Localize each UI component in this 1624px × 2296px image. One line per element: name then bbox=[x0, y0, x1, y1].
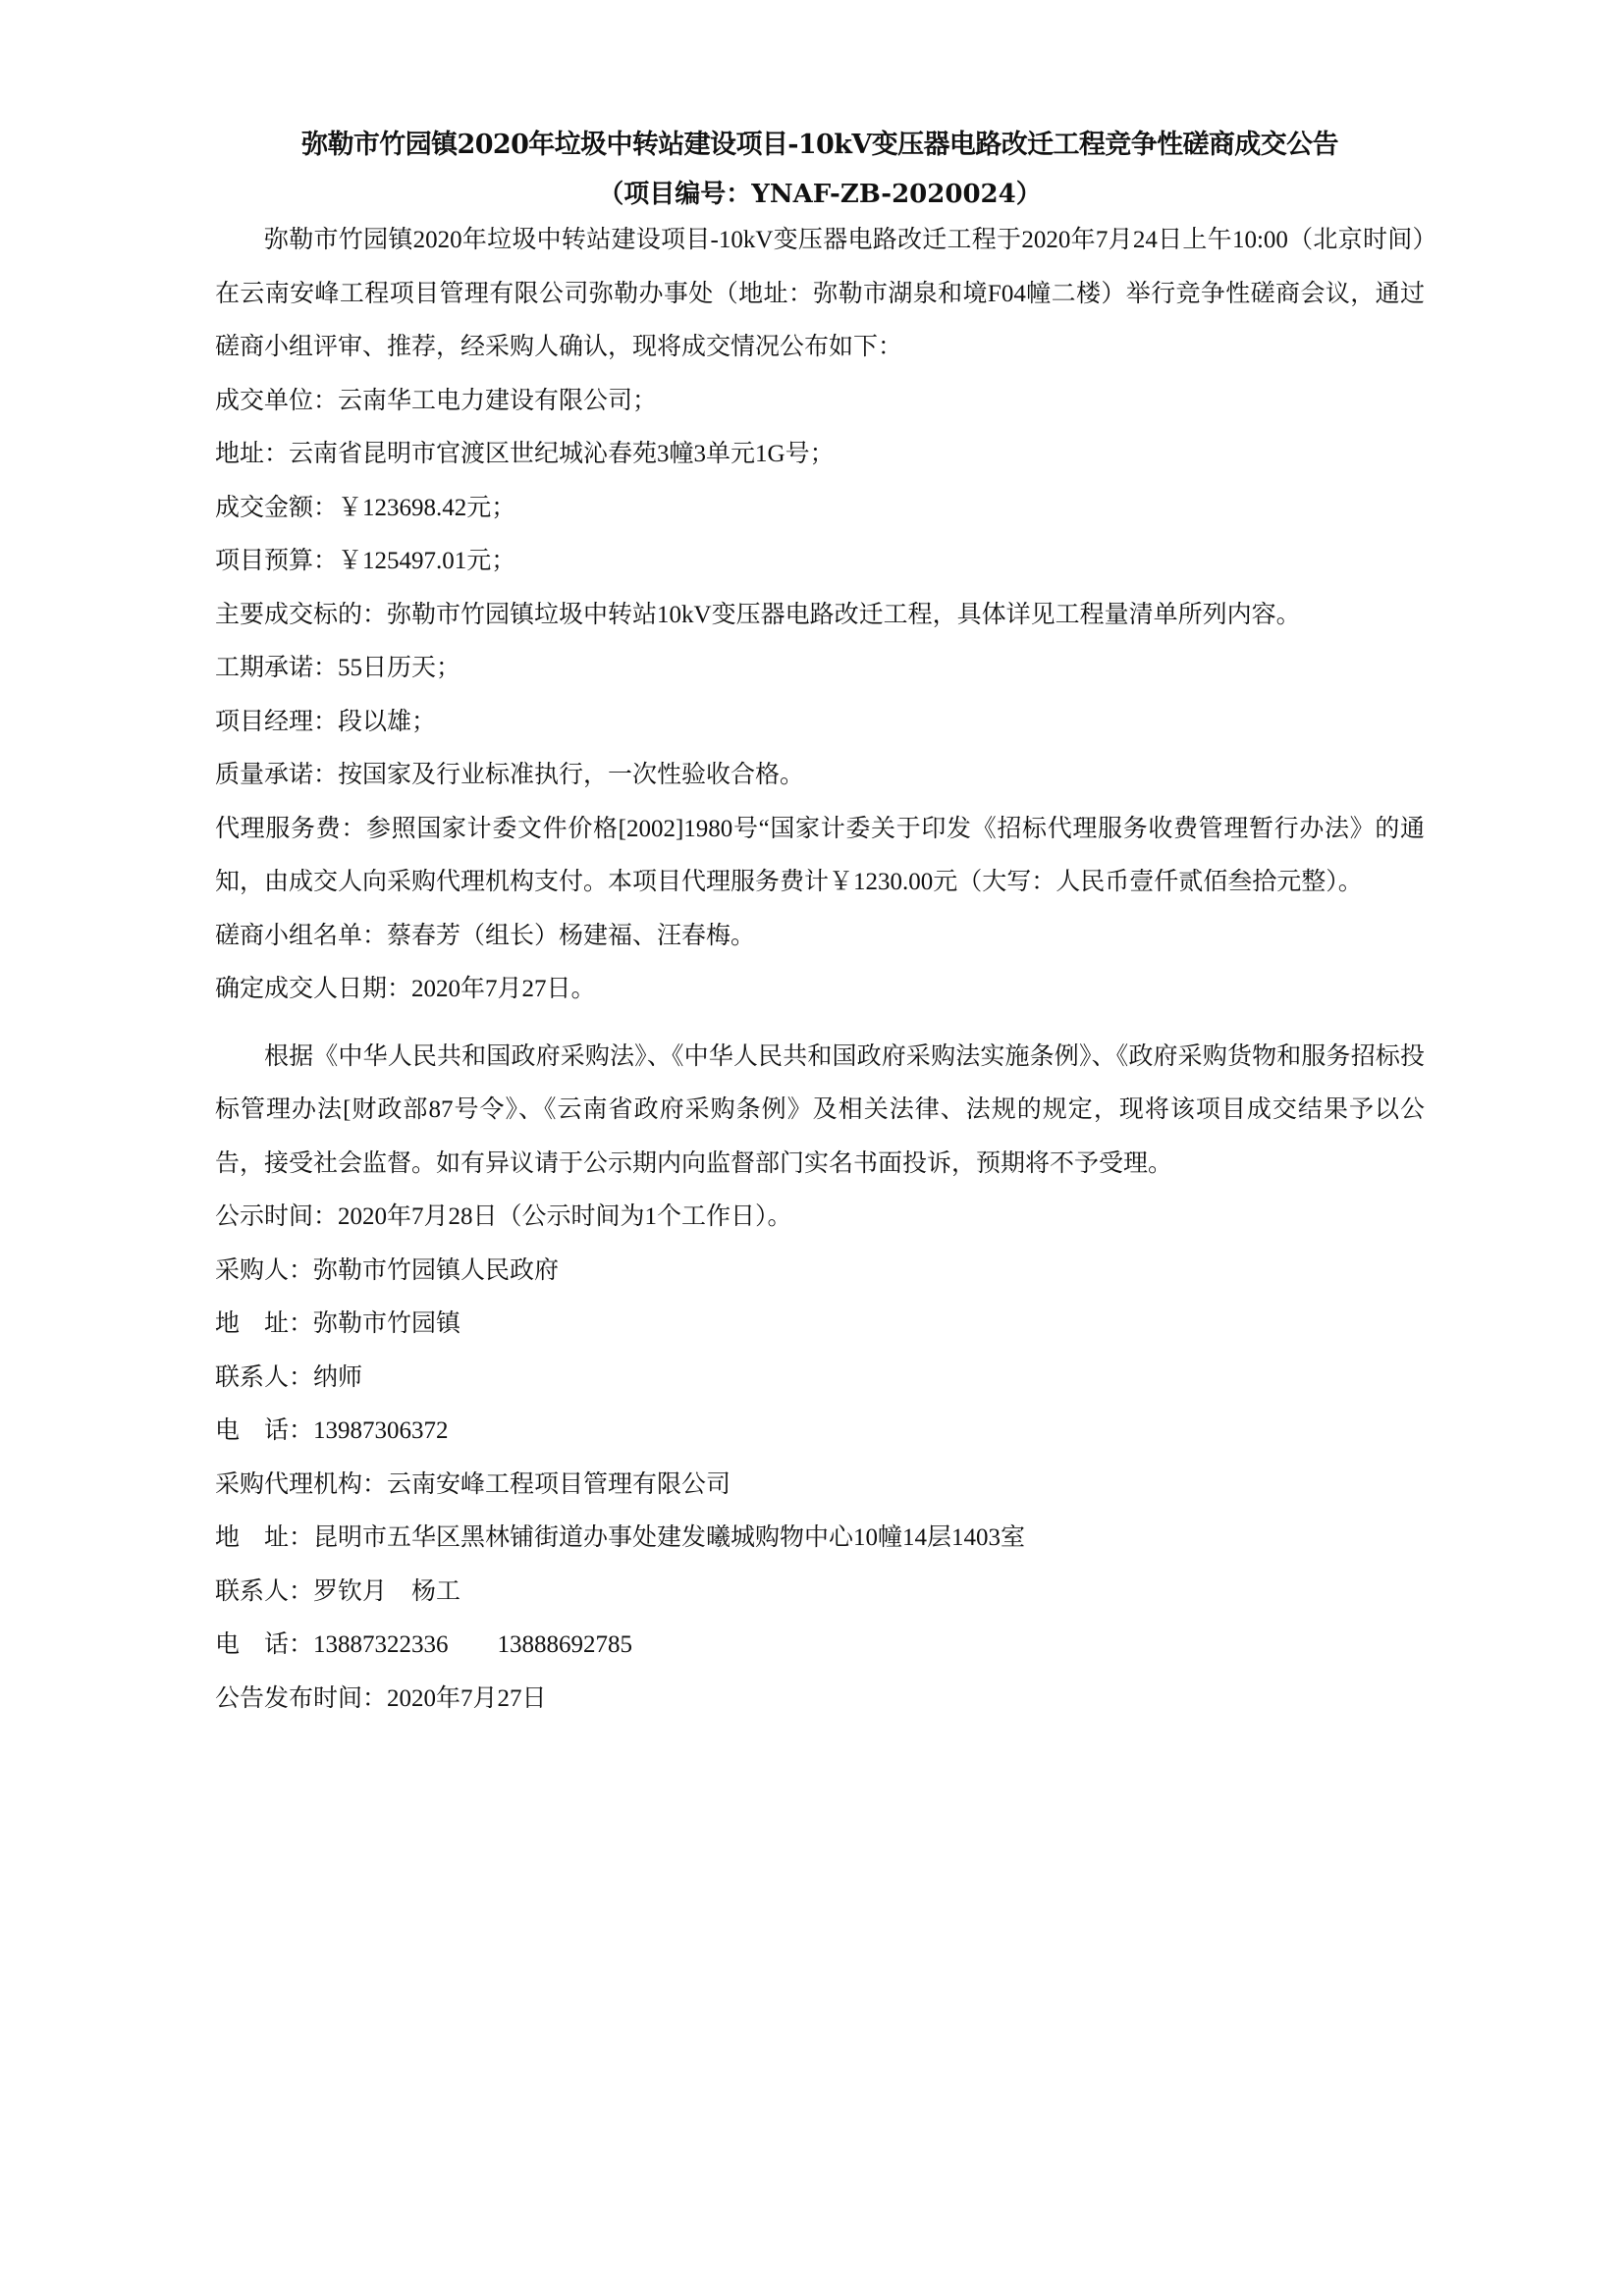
detail-label: 成交单位： bbox=[215, 388, 338, 414]
agency-phone-value: 13887322336 13888692785 bbox=[313, 1631, 632, 1658]
detail-value: 按国家及行业标准执行，一次性验收合格。 bbox=[338, 762, 804, 788]
agency-contact-label: 联系人： bbox=[215, 1578, 313, 1605]
detail-label: 成交金额： bbox=[215, 495, 338, 521]
detail-label: 地址： bbox=[215, 441, 289, 467]
detail-deal-amount: 成交金额：￥123698.42元； bbox=[215, 482, 1425, 536]
detail-value: 弥勒市竹园镇垃圾中转站10kV变压器电路改迁工程，具体详见工程量清单所列内容。 bbox=[387, 602, 1301, 628]
release-date: 公告发布时间：2020年7月27日 bbox=[215, 1673, 1425, 1727]
agency-address: 地 址：昆明市五华区黑林铺街道办事处建发曦城购物中心10幢14层1403室 bbox=[215, 1512, 1425, 1566]
deal-details: 成交单位：云南华工电力建设有限公司； 地址：云南省昆明市官渡区世纪城沁春苑3幢3… bbox=[215, 375, 1425, 1017]
detail-label: 项目预算： bbox=[215, 548, 338, 574]
agency-name-label: 采购代理机构： bbox=[215, 1471, 387, 1498]
purchaser-address: 地 址：弥勒市竹园镇 bbox=[215, 1298, 1425, 1352]
detail-value: 蔡春芳（组长）杨建福、汪春梅。 bbox=[387, 923, 755, 949]
purchaser-phone-value: 13987306372 bbox=[313, 1417, 449, 1444]
agency-contact: 联系人：罗钦月 杨工 bbox=[215, 1566, 1425, 1620]
agency-contact-value: 罗钦月 杨工 bbox=[313, 1578, 460, 1605]
detail-value: 段以雄； bbox=[338, 709, 436, 735]
detail-label: 主要成交标的： bbox=[215, 602, 387, 628]
agency-name: 采购代理机构：云南安峰工程项目管理有限公司 bbox=[215, 1459, 1425, 1513]
purchaser-contact: 联系人：纳师 bbox=[215, 1352, 1425, 1406]
detail-subject: 主要成交标的：弥勒市竹园镇垃圾中转站10kV变压器电路改迁工程，具体详见工程量清… bbox=[215, 589, 1425, 643]
publicity-label: 公示时间： bbox=[215, 1203, 338, 1230]
purchaser-address-value: 弥勒市竹园镇 bbox=[313, 1310, 460, 1337]
detail-label: 磋商小组名单： bbox=[215, 923, 387, 949]
purchaser-phone: 电 话：13987306372 bbox=[215, 1405, 1425, 1459]
detail-decision-date: 确定成交人日期：2020年7月27日。 bbox=[215, 963, 1425, 1017]
detail-label: 确定成交人日期： bbox=[215, 976, 411, 1002]
purchaser-name: 采购人：弥勒市竹园镇人民政府 bbox=[215, 1245, 1425, 1299]
detail-value: 55日历天； bbox=[338, 655, 460, 681]
purchaser-phone-label: 电 话： bbox=[215, 1417, 313, 1444]
detail-label: 质量承诺： bbox=[215, 762, 338, 788]
detail-label: 工期承诺： bbox=[215, 655, 338, 681]
purchaser-name-label: 采购人： bbox=[215, 1257, 313, 1284]
detail-project-manager: 项目经理：段以雄； bbox=[215, 696, 1425, 750]
detail-value: 参照国家计委文件价格[2002]1980号“国家计委关于印发《招标代理服务收费管… bbox=[215, 816, 1425, 896]
release-date-value: 2020年7月27日 bbox=[387, 1685, 547, 1712]
document-title: 弥勒市竹园镇2020年垃圾中转站建设项目-10kV变压器电路改迁工程竞争性磋商成… bbox=[215, 126, 1425, 165]
agency-info: 采购代理机构：云南安峰工程项目管理有限公司 地 址：昆明市五华区黑林铺街道办事处… bbox=[215, 1459, 1425, 1673]
detail-address: 地址：云南省昆明市官渡区世纪城沁春苑3幢3单元1G号； bbox=[215, 428, 1425, 482]
agency-address-label: 地 址： bbox=[215, 1524, 313, 1551]
agency-address-value: 昆明市五华区黑林铺街道办事处建发曦城购物中心10幢14层1403室 bbox=[313, 1524, 1025, 1551]
agency-phone-label: 电 话： bbox=[215, 1631, 313, 1658]
detail-panel-members: 磋商小组名单：蔡春芳（组长）杨建福、汪春梅。 bbox=[215, 910, 1425, 964]
detail-value: ￥125497.01元； bbox=[338, 548, 515, 574]
intro-paragraph: 弥勒市竹园镇2020年垃圾中转站建设项目-10kV变压器电路改迁工程于2020年… bbox=[215, 214, 1425, 375]
legal-basis-paragraph: 根据《中华人民共和国政府采购法》、《中华人民共和国政府采购法实施条例》、《政府采… bbox=[215, 1031, 1425, 1192]
detail-quality: 质量承诺：按国家及行业标准执行，一次性验收合格。 bbox=[215, 749, 1425, 803]
detail-value: 云南华工电力建设有限公司； bbox=[338, 388, 657, 414]
detail-winning-unit: 成交单位：云南华工电力建设有限公司； bbox=[215, 375, 1425, 429]
purchaser-info: 采购人：弥勒市竹园镇人民政府 地 址：弥勒市竹园镇 联系人：纳师 电 话：139… bbox=[215, 1245, 1425, 1459]
detail-budget: 项目预算：￥125497.01元； bbox=[215, 535, 1425, 589]
agency-phone: 电 话：13887322336 13888692785 bbox=[215, 1619, 1425, 1673]
release-date-label: 公告发布时间： bbox=[215, 1685, 387, 1712]
purchaser-address-label: 地 址： bbox=[215, 1310, 313, 1337]
publicity-value: 2020年7月28日（公示时间为1个工作日）。 bbox=[338, 1203, 792, 1230]
detail-value: 云南省昆明市官渡区世纪城沁春苑3幢3单元1G号； bbox=[289, 441, 835, 467]
detail-label: 代理服务费： bbox=[215, 816, 366, 842]
project-number: （项目编号：YNAF-ZB-2020024） bbox=[215, 175, 1425, 214]
detail-label: 项目经理： bbox=[215, 709, 338, 735]
purchaser-contact-value: 纳师 bbox=[313, 1364, 362, 1391]
detail-value: ￥123698.42元； bbox=[338, 495, 515, 521]
detail-duration: 工期承诺：55日历天； bbox=[215, 642, 1425, 696]
purchaser-name-value: 弥勒市竹园镇人民政府 bbox=[313, 1257, 559, 1284]
announcement-page: 弥勒市竹园镇2020年垃圾中转站建设项目-10kV变压器电路改迁工程竞争性磋商成… bbox=[215, 126, 1425, 1726]
detail-value: 2020年7月27日。 bbox=[411, 976, 596, 1002]
agency-name-value: 云南安峰工程项目管理有限公司 bbox=[387, 1471, 731, 1498]
purchaser-contact-label: 联系人： bbox=[215, 1364, 313, 1391]
detail-agency-fee: 代理服务费：参照国家计委文件价格[2002]1980号“国家计委关于印发《招标代… bbox=[215, 803, 1425, 910]
publicity-period: 公示时间：2020年7月28日（公示时间为1个工作日）。 bbox=[215, 1191, 1425, 1245]
